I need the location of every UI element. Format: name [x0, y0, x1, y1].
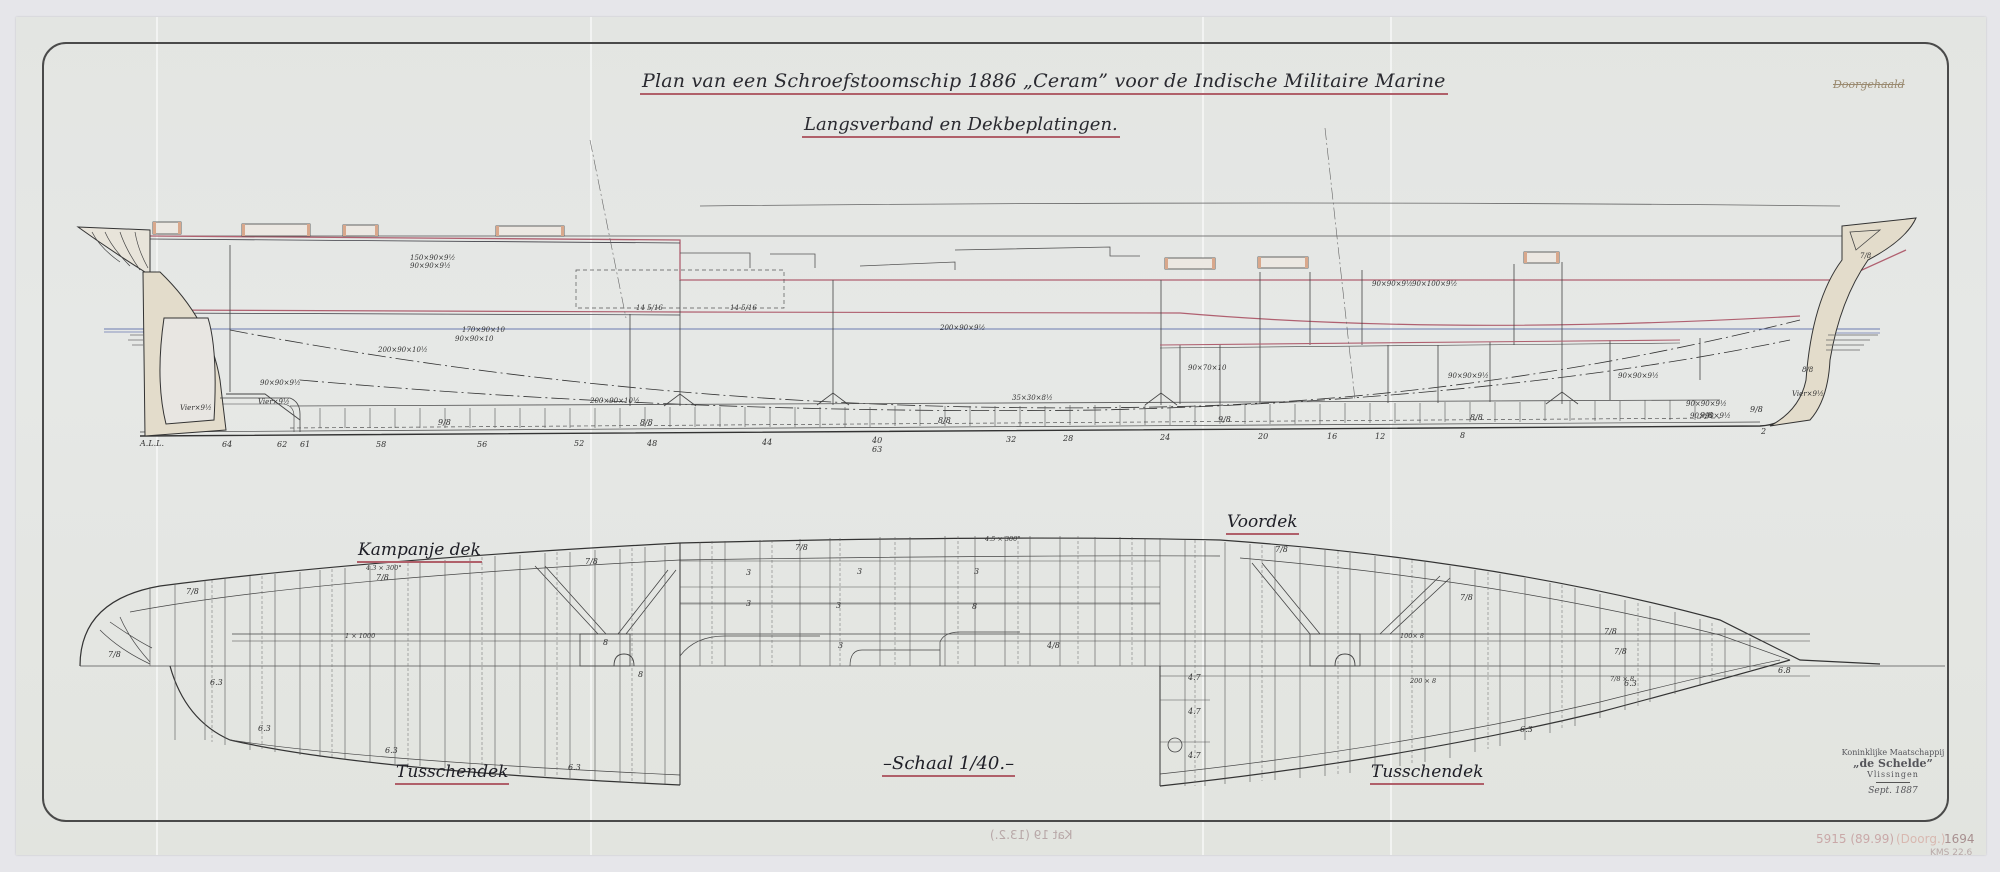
svg-text:4.7: 4.7	[1187, 751, 1202, 760]
scale-label: –Schaal 1/40.–	[882, 753, 1015, 777]
svg-text:3: 3	[746, 599, 751, 608]
frame-number: 28	[1063, 434, 1073, 443]
profile-plate-labels: 9/8 8/8 8/8 9/8 8/8 9/8 9/8	[438, 405, 1763, 427]
svg-text:90×90×9½: 90×90×9½	[1448, 372, 1489, 380]
svg-text:Vier×9½: Vier×9½	[180, 404, 212, 412]
svg-text:6.8: 6.8	[1778, 666, 1791, 675]
frame-number: 32	[1006, 435, 1016, 444]
pencil-note-b: (Doorg.)	[1896, 832, 1945, 846]
ship-drawing: 150×90×9½ 90×90×9½ 170×90×10 90×90×10 20…	[0, 0, 2000, 872]
frame-number: 63	[872, 445, 882, 454]
label-kampanje-dek: Kampanje dek	[357, 540, 482, 563]
frame-number: 58	[376, 440, 386, 449]
svg-text:6.3: 6.3	[568, 763, 581, 772]
svg-text:90×90×9½: 90×90×9½	[260, 379, 301, 387]
svg-text:3: 3	[838, 641, 843, 650]
svg-text:6.3: 6.3	[258, 724, 271, 733]
svg-text:7/8: 7/8	[376, 573, 389, 582]
svg-text:9/8: 9/8	[438, 418, 451, 427]
stern-waterlines	[128, 335, 143, 345]
svg-text:90×100×9½: 90×100×9½	[1412, 280, 1457, 288]
svg-text:170×90×10: 170×90×10	[462, 326, 505, 334]
frame-number: 48	[647, 439, 657, 448]
svg-text:14 5/16: 14 5/16	[636, 304, 663, 312]
stamp-line-3: Vlissingen	[1838, 770, 1948, 779]
frame-number: A.L.L.	[140, 439, 164, 448]
svg-text:6.3: 6.3	[385, 746, 398, 755]
svg-text:9/8: 9/8	[1218, 415, 1231, 424]
svg-text:8/8: 8/8	[1802, 366, 1814, 374]
svg-text:200×90×9½: 200×90×9½	[939, 324, 985, 332]
deck-plan-plate-labels: 7/8 7/8 7/8 7/8 7/8 7/8 7/8 7/8 7/8 6.3 …	[108, 543, 1791, 772]
frame-number: 8	[1460, 431, 1465, 440]
svg-text:7/8: 7/8	[1275, 545, 1288, 554]
svg-text:8: 8	[638, 670, 643, 679]
svg-text:7/8: 7/8	[795, 543, 808, 552]
profile-annotations: 150×90×9½ 90×90×9½ 170×90×10 90×90×10 20…	[180, 252, 1872, 420]
label-tusschendek-aft: Tusschendek	[395, 762, 509, 785]
pencil-note-c: 1694	[1944, 832, 1975, 846]
svg-text:6.3: 6.3	[1520, 725, 1533, 734]
svg-text:8: 8	[603, 638, 608, 647]
deck-beam-rivets	[212, 536, 1712, 786]
svg-text:200×90×10½: 200×90×10½	[589, 397, 640, 405]
svg-text:90×90×9½: 90×90×9½	[1686, 400, 1727, 408]
svg-text:4.7: 4.7	[1187, 673, 1202, 682]
frame-number: 16	[1327, 432, 1337, 441]
frame-number: 44	[762, 438, 772, 447]
svg-text:1 × 1000: 1 × 1000	[345, 632, 375, 640]
svg-text:3: 3	[836, 601, 841, 610]
svg-text:90×90×10: 90×90×10	[455, 335, 494, 343]
svg-text:4.3 × 300°: 4.3 × 300°	[365, 564, 402, 572]
svg-text:6.3: 6.3	[210, 678, 223, 687]
svg-text:7/8: 7/8	[1614, 647, 1627, 656]
deck-plan-view	[80, 538, 1945, 786]
svg-text:7/8: 7/8	[1860, 252, 1872, 260]
svg-text:14 5/16: 14 5/16	[730, 304, 757, 312]
svg-text:8: 8	[972, 602, 977, 611]
svg-text:8/8: 8/8	[640, 418, 653, 427]
deck-plan-annotations: 4.3 × 300° 4.5 × 300° 1 × 1000 100× 8 20…	[345, 535, 1634, 685]
stamp-date: Sept. 1887	[1838, 786, 1948, 796]
svg-text:150×90×9½: 150×90×9½	[410, 254, 455, 262]
frame-number: 20	[1258, 432, 1268, 441]
svg-text:3: 3	[746, 568, 751, 577]
svg-text:8/8: 8/8	[938, 416, 951, 425]
svg-text:90×90×9½: 90×90×9½	[410, 262, 451, 270]
svg-text:7/8: 7/8	[108, 650, 121, 659]
frame-number: 40	[872, 436, 882, 445]
profile-view	[78, 128, 1916, 436]
shipyard-stamp: Koninklijke Maatschappij „de Schelde” Vl…	[1838, 748, 1948, 796]
frame-number: 61	[300, 440, 310, 449]
svg-text:200×90×10½: 200×90×10½	[377, 346, 428, 354]
frame-number: 62	[277, 440, 287, 449]
svg-text:8/8: 8/8	[1470, 413, 1483, 422]
svg-text:Vier×9½: Vier×9½	[258, 398, 290, 406]
svg-text:100× 8: 100× 8	[1400, 632, 1424, 640]
svg-text:90×90×9½: 90×90×9½	[1372, 280, 1413, 288]
svg-text:9/8: 9/8	[1750, 405, 1763, 414]
stamp-line-2: „de Schelde”	[1838, 757, 1948, 770]
pencil-note-catalog: Kat 19 (13.2.)	[990, 828, 1073, 842]
stamp-rule	[1876, 782, 1910, 783]
label-voordek: Voordek	[1226, 512, 1299, 535]
svg-text:7/8: 7/8	[186, 587, 199, 596]
svg-text:Vier×9½: Vier×9½	[1792, 390, 1824, 398]
svg-text:4/8: 4/8	[1046, 641, 1060, 650]
svg-text:7/8: 7/8	[585, 557, 598, 566]
stamp-line-1: Koninklijke Maatschappij	[1838, 748, 1948, 757]
svg-text:35×30×8½: 35×30×8½	[1012, 394, 1053, 402]
svg-text:90×70×10: 90×70×10	[1188, 364, 1227, 372]
svg-text:9/8: 9/8	[1700, 411, 1713, 420]
svg-text:7/8 × 8: 7/8 × 8	[1610, 675, 1634, 683]
svg-text:3: 3	[857, 567, 862, 576]
svg-text:200 × 8: 200 × 8	[1409, 677, 1436, 685]
frame-number: 12	[1375, 432, 1385, 441]
svg-text:4.7: 4.7	[1187, 707, 1202, 716]
svg-text:3: 3	[974, 567, 979, 576]
svg-text:7/8: 7/8	[1604, 627, 1617, 636]
pencil-note-d: KMS 22.6	[1930, 848, 1972, 858]
svg-text:7/8: 7/8	[1460, 593, 1473, 602]
frame-number: 56	[477, 440, 487, 449]
deck-houses	[153, 222, 1559, 269]
label-tusschendek-fwd: Tusschendek	[1370, 762, 1484, 785]
frame-number: 64	[222, 440, 232, 449]
frame-number: 52	[574, 439, 584, 448]
pencil-note-a: 5915 (89.99)	[1816, 832, 1894, 846]
svg-text:4.5 × 300°: 4.5 × 300°	[984, 535, 1021, 543]
frame-number: 24	[1160, 433, 1170, 442]
frame-number: 2	[1761, 427, 1766, 436]
svg-text:90×90×9½: 90×90×9½	[1618, 372, 1659, 380]
